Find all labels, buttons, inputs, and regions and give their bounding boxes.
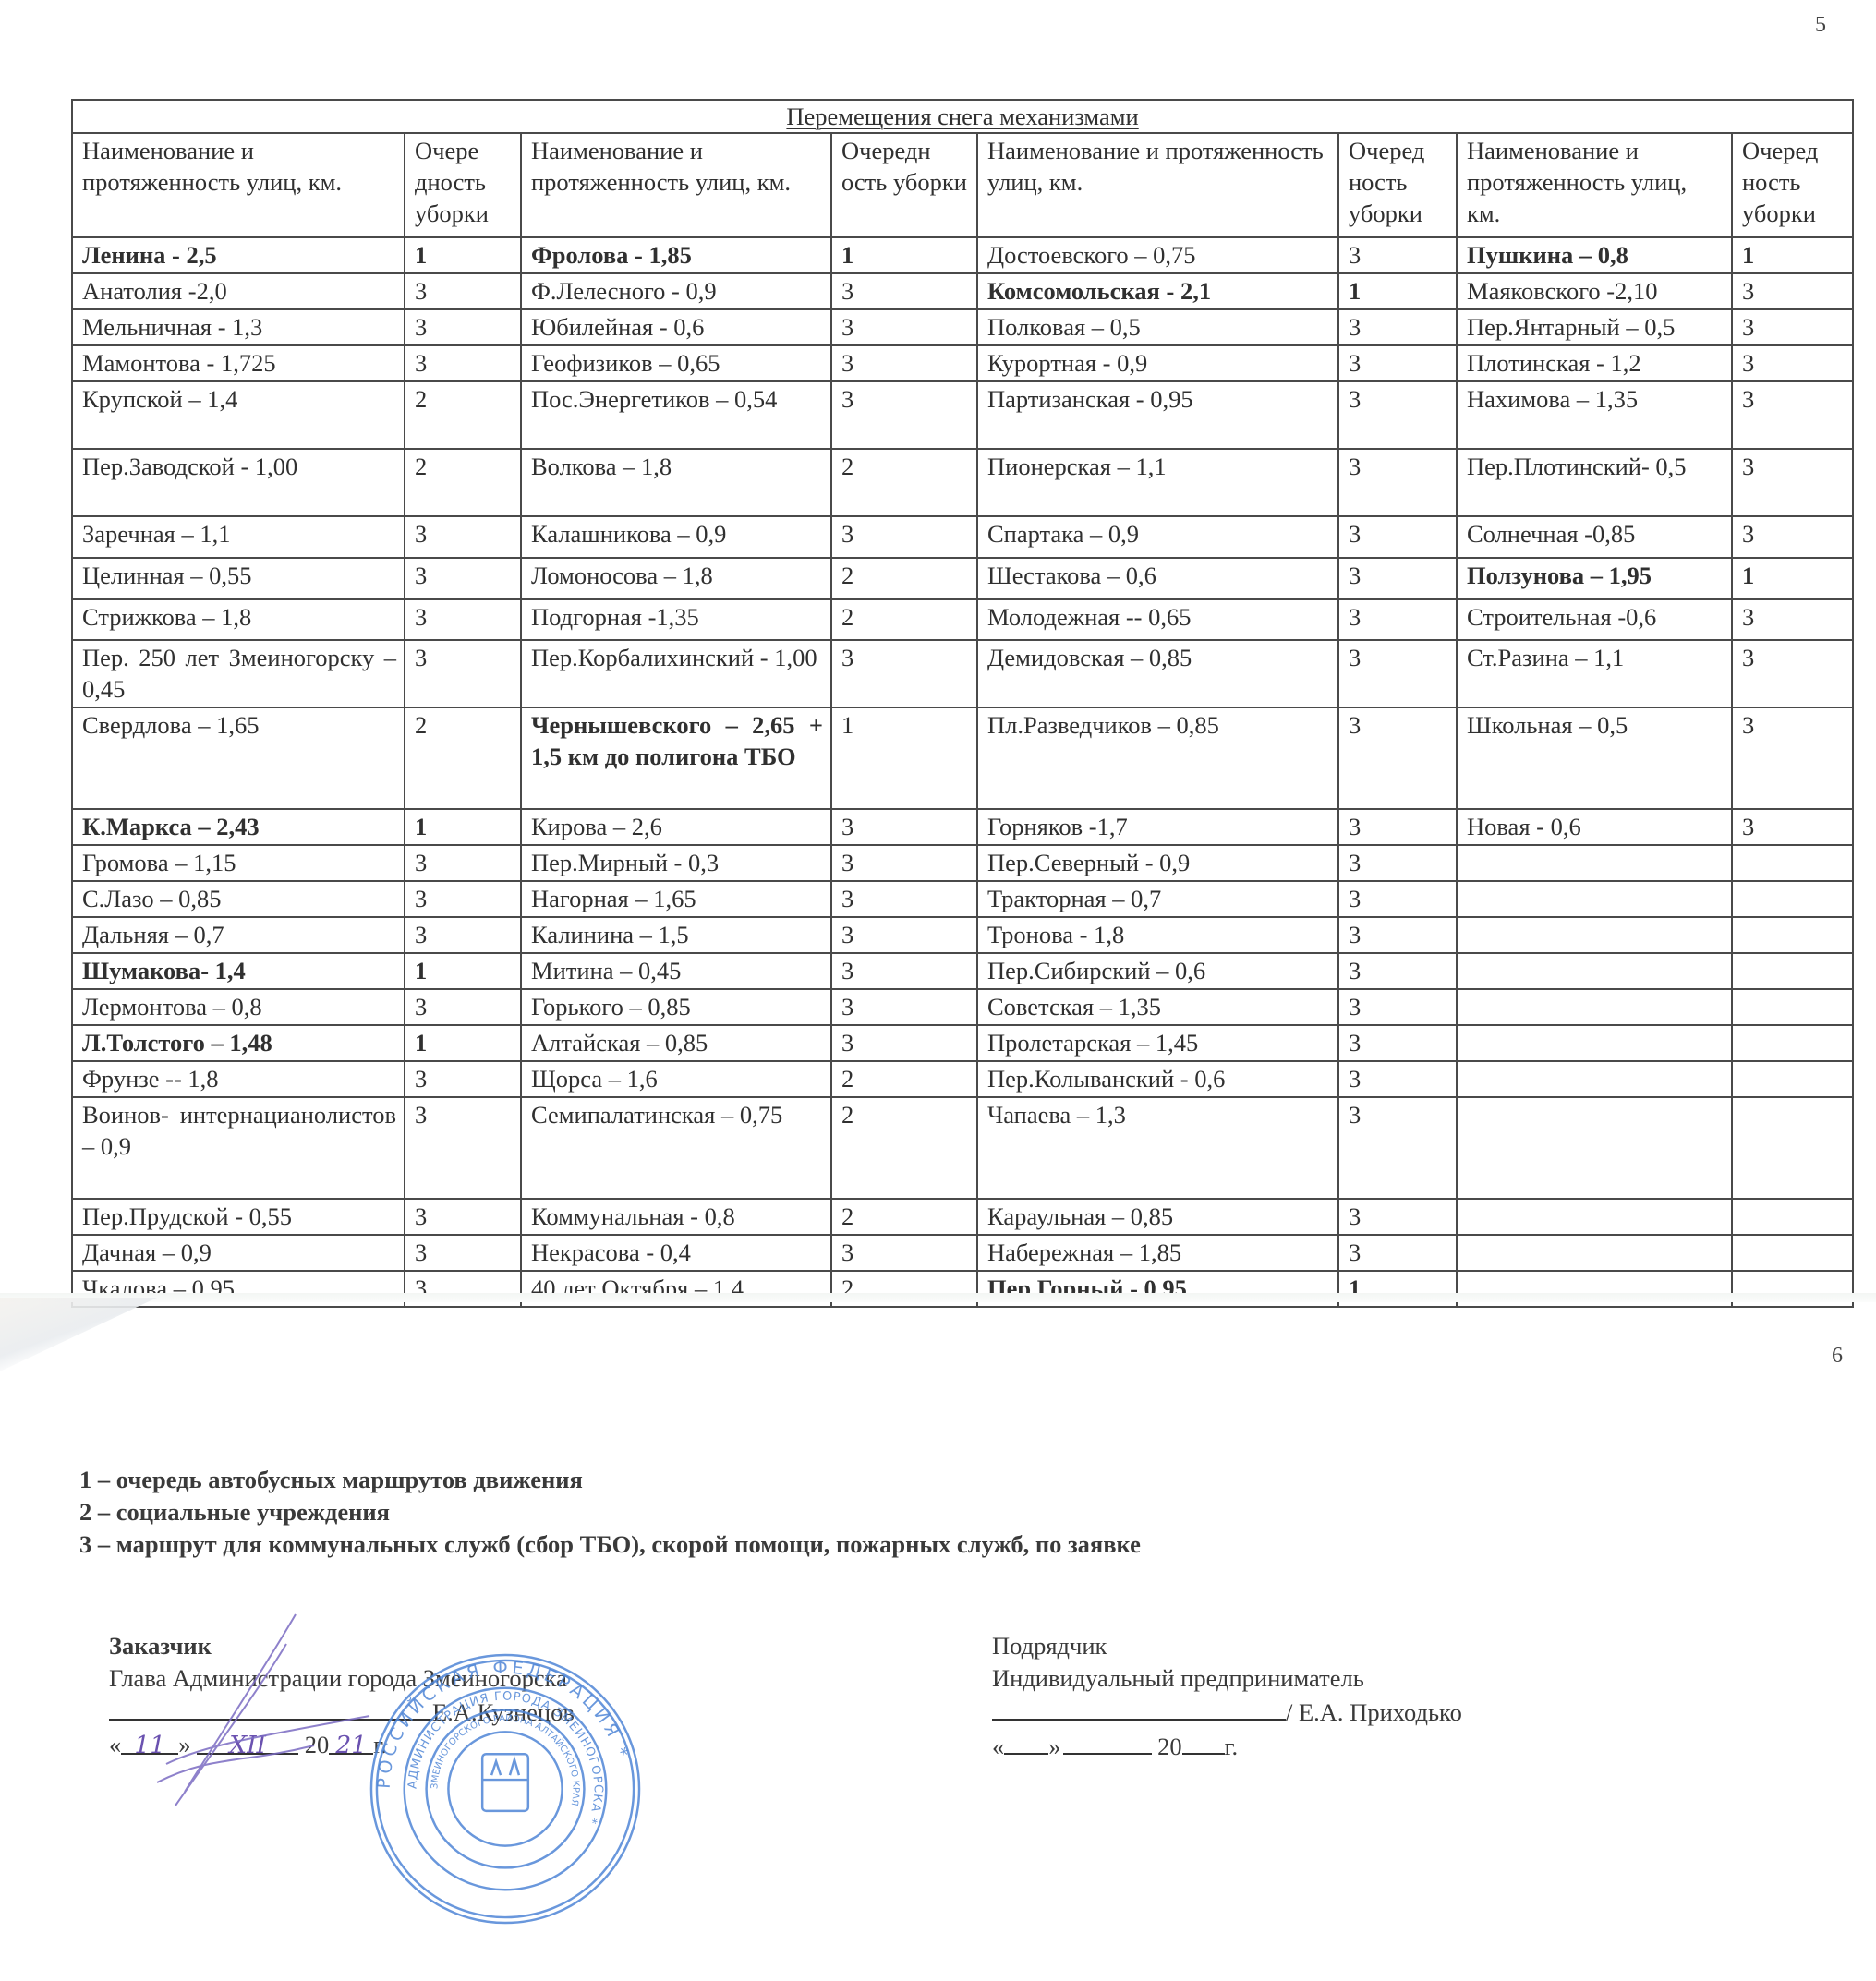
street-cell: Крупской – 1,4 [72, 381, 405, 449]
page-number-6: 6 [1832, 1344, 1843, 1369]
priority-cell: 3 [1338, 237, 1457, 273]
table-row: Дачная – 0,93Некрасова - 0,43Набережная … [72, 1235, 1853, 1271]
street-cell: Алтайская – 0,85 [521, 1025, 831, 1061]
contractor-name: / Е.А. Приходько [1286, 1698, 1462, 1726]
street-cell: Лермонтова – 0,8 [72, 989, 405, 1025]
table-row: Заречная – 1,13Калашникова – 0,93Спартак… [72, 516, 1853, 558]
street-cell: К.Маркса – 2,43 [72, 809, 405, 845]
priority-cell: 3 [1732, 309, 1853, 345]
priority-cell: 2 [831, 1199, 977, 1235]
legend-item-3: 3 – маршрут для коммунальных служб (сбор… [79, 1528, 1141, 1561]
priority-cell: 3 [1338, 1199, 1457, 1235]
date-suffix: г. [1225, 1733, 1239, 1760]
street-cell: Пос.Энергетиков – 0,54 [521, 381, 831, 449]
street-cell: Пер.Мирный - 0,3 [521, 845, 831, 881]
table-row: Дальняя – 0,73Калинина – 1,53Тронова - 1… [72, 917, 1853, 953]
street-cell: Строительная -0,6 [1457, 599, 1732, 640]
priority-cell: 2 [405, 707, 521, 809]
header-street-name: Наименование и протяженность улиц, км. [521, 133, 831, 237]
street-cell: Спартака – 0,9 [977, 516, 1338, 558]
table-row: Пер.Прудской - 0,553Коммунальная - 0,82К… [72, 1199, 1853, 1235]
priority-cell: 2 [831, 1097, 977, 1199]
street-cell [1457, 1199, 1732, 1235]
priority-cell [1732, 953, 1853, 989]
street-cell: Мамонтова - 1,725 [72, 345, 405, 381]
priority-cell [1732, 881, 1853, 917]
street-cell: Дальняя – 0,7 [72, 917, 405, 953]
priority-cell: 1 [1338, 273, 1457, 309]
priority-cell [1732, 845, 1853, 881]
table-row: Стрижкова – 1,83Подгорная -1,352Молодежн… [72, 599, 1853, 640]
date-close-quote: » [1048, 1733, 1060, 1760]
priority-cell: 3 [831, 1025, 977, 1061]
priority-cell: 3 [831, 516, 977, 558]
priority-cell: 3 [405, 1199, 521, 1235]
priority-cell: 3 [831, 309, 977, 345]
street-cell: Целинная – 0,55 [72, 558, 405, 599]
priority-cell: 2 [831, 449, 977, 516]
street-cell [1457, 1097, 1732, 1199]
street-cell: Пер.Сибирский – 0,6 [977, 953, 1338, 989]
priority-cell: 1 [831, 707, 977, 809]
priority-cell: 3 [831, 345, 977, 381]
table-row: Пер. 250 лет Змеиногорску – 0,453Пер.Кор… [72, 640, 1853, 707]
priority-cell: 3 [1732, 273, 1853, 309]
street-cell [1457, 1061, 1732, 1097]
street-cell: Воинов- интернацианолистов – 0,9 [72, 1097, 405, 1199]
priority-cell: 3 [1338, 917, 1457, 953]
priority-cell: 3 [831, 881, 977, 917]
date-open-quote: « [109, 1731, 121, 1758]
street-cell: Стрижкова – 1,8 [72, 599, 405, 640]
priority-cell: 3 [1338, 1025, 1457, 1061]
street-cell: Подгорная -1,35 [521, 599, 831, 640]
table-row: Анатолия -2,03Ф.Лелесного - 0,93Комсомол… [72, 273, 1853, 309]
street-cell: Партизанская - 0,95 [977, 381, 1338, 449]
street-cell: Кирова – 2,6 [521, 809, 831, 845]
priority-cell: 3 [405, 345, 521, 381]
priority-cell: 3 [405, 845, 521, 881]
street-cell: Школьная – 0,5 [1457, 707, 1732, 809]
priority-cell: 1 [405, 809, 521, 845]
priority-cell: 3 [405, 599, 521, 640]
street-cell: Пионерская – 1,1 [977, 449, 1338, 516]
priority-cell: 3 [1338, 953, 1457, 989]
table-row: Лермонтова – 0,83Горького – 0,853Советск… [72, 989, 1853, 1025]
street-cell: Курортная - 0,9 [977, 345, 1338, 381]
priority-cell: 1 [1732, 558, 1853, 599]
table-row: Пер.Заводской - 1,002Волкова – 1,82Пионе… [72, 449, 1853, 516]
table-row: Целинная – 0,553Ломоносова – 1,82Шестако… [72, 558, 1853, 599]
contractor-signature-block: Подрядчик Индивидуальный предприниматель… [992, 1630, 1565, 1763]
priority-cell: 1 [405, 1025, 521, 1061]
street-cell: Мельничная - 1,3 [72, 309, 405, 345]
header-priority: Очере дность уборки [405, 133, 521, 237]
priority-cell: 3 [1338, 309, 1457, 345]
priority-cell: 3 [831, 809, 977, 845]
handwritten-signature [129, 1607, 406, 1819]
stamp-inner-text: ЗМЕИНОГОРСКОГО РАЙОНА АЛТАЙСКОГО КРАЯ [430, 1711, 580, 1806]
priority-cell [1732, 1235, 1853, 1271]
priority-cell: 2 [831, 599, 977, 640]
priority-cell: 3 [1338, 640, 1457, 707]
street-cell: Шумакова- 1,4 [72, 953, 405, 989]
header-street-name: Наименование и протяженность улиц, км. [72, 133, 405, 237]
street-cell: Пушкина – 0,8 [1457, 237, 1732, 273]
priority-cell: 3 [405, 309, 521, 345]
table-row: Л.Толстого – 1,481Алтайская – 0,853Проле… [72, 1025, 1853, 1061]
street-cell: Полковая – 0,5 [977, 309, 1338, 345]
street-cell: Плотинская - 1,2 [1457, 345, 1732, 381]
priority-cell [1732, 989, 1853, 1025]
street-cell [1457, 989, 1732, 1025]
street-cell: Пер.Северный - 0,9 [977, 845, 1338, 881]
street-cell [1457, 881, 1732, 917]
street-cell: Советская – 1,35 [977, 989, 1338, 1025]
priority-cell: 3 [831, 917, 977, 953]
street-cell [1457, 1235, 1732, 1271]
header-priority: Очеред ность уборки [1338, 133, 1457, 237]
priority-cell: 3 [1732, 381, 1853, 449]
street-cell: Ленина - 2,5 [72, 237, 405, 273]
priority-cell [1732, 1025, 1853, 1061]
street-cell: Семипалатинская – 0,75 [521, 1097, 831, 1199]
street-cell: Пл.Разведчиков – 0,85 [977, 707, 1338, 809]
street-cell: Демидовская – 0,85 [977, 640, 1338, 707]
street-cell: Заречная – 1,1 [72, 516, 405, 558]
street-cell: Л.Толстого – 1,48 [72, 1025, 405, 1061]
priority-cell: 3 [405, 881, 521, 917]
priority-cell: 3 [831, 1235, 977, 1271]
priority-cell: 2 [405, 381, 521, 449]
table-row: Мамонтова - 1,7253Геофизиков – 0,653Куро… [72, 345, 1853, 381]
street-cell: Некрасова - 0,4 [521, 1235, 831, 1271]
street-cell: Калинина – 1,5 [521, 917, 831, 953]
priority-cell: 3 [405, 1097, 521, 1199]
street-cell: Набережная – 1,85 [977, 1235, 1338, 1271]
priority-cell: 3 [405, 558, 521, 599]
street-cell: Геофизиков – 0,65 [521, 345, 831, 381]
priority-cell: 3 [1338, 881, 1457, 917]
priority-cell: 3 [831, 640, 977, 707]
street-cell: Пер.Плотинский- 0,5 [1457, 449, 1732, 516]
street-cell: Шестакова – 0,6 [977, 558, 1338, 599]
priority-cell: 3 [1732, 640, 1853, 707]
street-cell: Нагорная – 1,65 [521, 881, 831, 917]
priority-cell: 3 [405, 516, 521, 558]
street-cell: Громова – 1,15 [72, 845, 405, 881]
priority-cell: 3 [1732, 516, 1853, 558]
street-cell: Пер. 250 лет Змеиногорску – 0,45 [72, 640, 405, 707]
priority-cell: 3 [405, 640, 521, 707]
street-cell: Пер.Прудской - 0,55 [72, 1199, 405, 1235]
street-cell: Тракторная – 0,7 [977, 881, 1338, 917]
table-header-row: Наименование и протяженность улиц, км.Оч… [72, 133, 1853, 237]
street-cell: Коммунальная - 0,8 [521, 1199, 831, 1235]
priority-cell [1732, 917, 1853, 953]
street-cell: С.Лазо – 0,85 [72, 881, 405, 917]
street-cell: Свердлова – 1,65 [72, 707, 405, 809]
table-row: Воинов- интернацианолистов – 0,93Семипал… [72, 1097, 1853, 1199]
street-cell: Тронова - 1,8 [977, 917, 1338, 953]
header-street-name: Наименование и протяженность улиц, км. [977, 133, 1338, 237]
legend-item-1: 1 – очередь автобусных маршрутов движени… [79, 1464, 1141, 1496]
priority-cell: 3 [1338, 707, 1457, 809]
street-cell [1457, 953, 1732, 989]
priority-cell: 3 [1732, 449, 1853, 516]
priority-cell: 3 [405, 989, 521, 1025]
page-number-5: 5 [1815, 13, 1826, 38]
street-cell: Пер.Янтарный – 0,5 [1457, 309, 1732, 345]
street-cell: Достоевского – 0,75 [977, 237, 1338, 273]
priority-cell: 3 [1338, 345, 1457, 381]
page-seam [0, 1293, 1876, 1302]
street-cell: Фрунзе -- 1,8 [72, 1061, 405, 1097]
street-cell [1457, 845, 1732, 881]
table-row: Ленина - 2,51Фролова - 1,851Достоевского… [72, 237, 1853, 273]
contractor-date: «» 20г. [992, 1729, 1565, 1763]
table-row: К.Маркса – 2,431Кирова – 2,63Горняков -1… [72, 809, 1853, 845]
street-cell [1457, 917, 1732, 953]
contractor-signature-line [992, 1695, 1286, 1721]
street-cell: Караульная – 0,85 [977, 1199, 1338, 1235]
svg-text:ЗМЕИНОГОРСКОГО РАЙОНА АЛТАЙСКО: ЗМЕИНОГОРСКОГО РАЙОНА АЛТАЙСКОГО КРАЯ [430, 1711, 580, 1806]
street-cell: Ползунова – 1,95 [1457, 558, 1732, 599]
priority-cell: 3 [1732, 809, 1853, 845]
contractor-role: Подрядчик [992, 1630, 1565, 1662]
legend-item-2: 2 – социальные учреждения [79, 1496, 1141, 1528]
priority-cell: 3 [405, 273, 521, 309]
street-cell: Пер.Заводской - 1,00 [72, 449, 405, 516]
street-cell: Щорса – 1,6 [521, 1061, 831, 1097]
priority-cell: 1 [405, 953, 521, 989]
street-cell [1457, 1025, 1732, 1061]
snow-removal-table: Перемещения снега механизмами Наименован… [71, 99, 1854, 1308]
priority-cell: 2 [831, 1061, 977, 1097]
table-row: Фрунзе -- 1,83Щорса – 1,62Пер.Колывански… [72, 1061, 1853, 1097]
street-cell: Горняков -1,7 [977, 809, 1338, 845]
header-priority: Очередн ость уборки [831, 133, 977, 237]
priority-cell: 3 [1338, 1235, 1457, 1271]
street-cell: Пер.Корбалихинский - 1,00 [521, 640, 831, 707]
street-cell: Фролова - 1,85 [521, 237, 831, 273]
table-row: Шумакова- 1,41Митина – 0,453Пер.Сибирски… [72, 953, 1853, 989]
priority-cell: 1 [831, 237, 977, 273]
priority-cell: 3 [831, 273, 977, 309]
header-priority: Очеред ность уборки [1732, 133, 1853, 237]
priority-cell: 3 [1338, 449, 1457, 516]
folded-corner [0, 1298, 157, 1371]
street-cell: Новая - 0,6 [1457, 809, 1732, 845]
priority-cell: 3 [831, 953, 977, 989]
street-cell: Чернышевского – 2,65 + 1,5 км до полигон… [521, 707, 831, 809]
priority-cell: 3 [1338, 558, 1457, 599]
table-row: Громова – 1,153Пер.Мирный - 0,33Пер.Севе… [72, 845, 1853, 881]
street-cell: Горького – 0,85 [521, 989, 831, 1025]
priority-cell: 3 [1732, 707, 1853, 809]
priority-cell [1732, 1061, 1853, 1097]
street-cell: Юбилейная - 0,6 [521, 309, 831, 345]
street-cell: Дачная – 0,9 [72, 1235, 405, 1271]
priority-cell: 1 [1732, 237, 1853, 273]
priority-cell: 2 [405, 449, 521, 516]
priority-cell: 3 [1338, 1061, 1457, 1097]
priority-cell [1732, 1097, 1853, 1199]
priority-legend: 1 – очередь автобусных маршрутов движени… [79, 1464, 1141, 1561]
street-cell: Пролетарская – 1,45 [977, 1025, 1338, 1061]
street-cell: Комсомольская - 2,1 [977, 273, 1338, 309]
street-cell: Анатолия -2,0 [72, 273, 405, 309]
priority-cell: 3 [405, 917, 521, 953]
priority-cell: 3 [1732, 345, 1853, 381]
priority-cell: 3 [405, 1061, 521, 1097]
priority-cell: 3 [1338, 381, 1457, 449]
street-cell: Пер.Колыванский - 0,6 [977, 1061, 1338, 1097]
street-cell: Солнечная -0,85 [1457, 516, 1732, 558]
table-row: С.Лазо – 0,853Нагорная – 1,653Тракторная… [72, 881, 1853, 917]
priority-cell: 3 [831, 989, 977, 1025]
street-cell: Маяковского -2,10 [1457, 273, 1732, 309]
priority-cell: 3 [1338, 845, 1457, 881]
priority-cell: 1 [405, 237, 521, 273]
priority-cell: 3 [831, 845, 977, 881]
street-cell: Ломоносова – 1,8 [521, 558, 831, 599]
official-stamp: РОССИЙСКАЯ ФЕДЕРАЦИЯ * АДМИНИСТРАЦИЯ ГОР… [368, 1651, 643, 1927]
street-cell: Ст.Разина – 1,1 [1457, 640, 1732, 707]
table-row: Мельничная - 1,33Юбилейная - 0,63Полкова… [72, 309, 1853, 345]
street-cell: Нахимова – 1,35 [1457, 381, 1732, 449]
street-cell: Волкова – 1,8 [521, 449, 831, 516]
date-year-prefix: 20 [1157, 1733, 1182, 1760]
table-title: Перемещения снега механизмами [72, 100, 1853, 133]
priority-cell: 3 [1338, 809, 1457, 845]
header-street-name: Наименование и протяженность улиц, км. [1457, 133, 1732, 237]
priority-cell: 3 [1338, 989, 1457, 1025]
street-cell: Митина – 0,45 [521, 953, 831, 989]
priority-cell: 2 [831, 558, 977, 599]
table-row: Свердлова – 1,652Чернышевского – 2,65 + … [72, 707, 1853, 809]
street-cell: Молодежная -- 0,65 [977, 599, 1338, 640]
street-cell: Ф.Лелесного - 0,9 [521, 273, 831, 309]
priority-cell: 3 [1338, 599, 1457, 640]
priority-cell: 3 [1732, 599, 1853, 640]
priority-cell: 3 [1338, 516, 1457, 558]
table-row: Крупской – 1,42Пос.Энергетиков – 0,543Па… [72, 381, 1853, 449]
date-open-quote: « [992, 1733, 1004, 1760]
contractor-position: Индивидуальный предприниматель [992, 1662, 1565, 1695]
street-cell: Калашникова – 0,9 [521, 516, 831, 558]
street-cell: Чапаева – 1,3 [977, 1097, 1338, 1199]
priority-cell: 3 [405, 1235, 521, 1271]
priority-cell: 3 [1338, 1097, 1457, 1199]
priority-cell [1732, 1199, 1853, 1235]
table-title-text: Перемещения снега механизмами [786, 103, 1138, 130]
priority-cell: 3 [831, 381, 977, 449]
